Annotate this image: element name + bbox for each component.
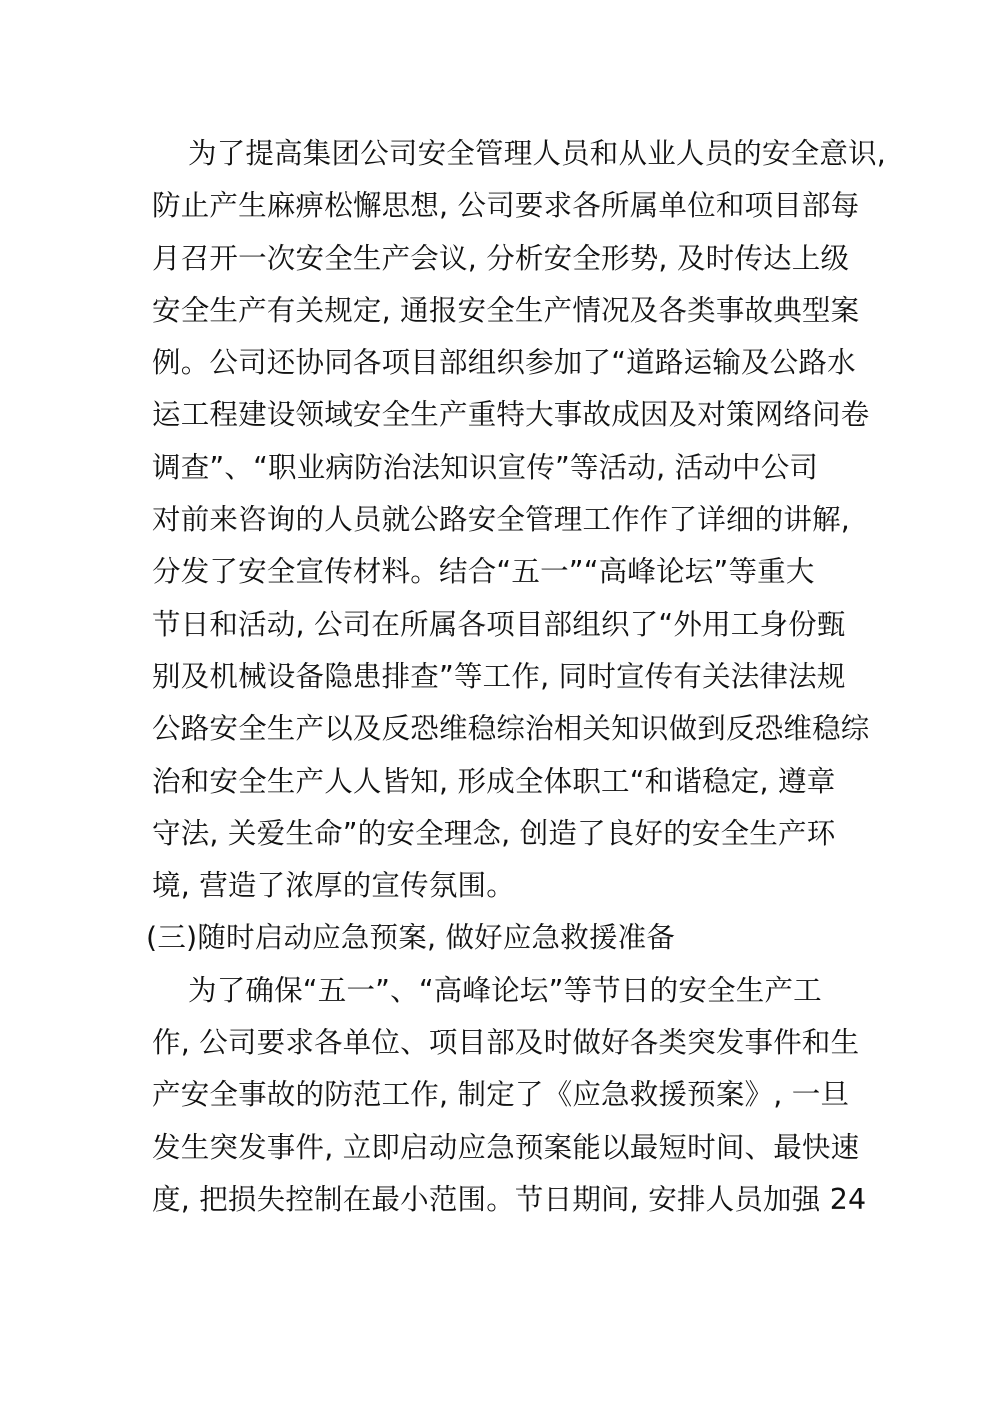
paragraph-line: 发生突发事件, 立即启动应急预案能以最短时间、最快速: [152, 1122, 852, 1174]
paragraph-line: 安全生产有关规定, 通报安全生产情况及各类事故典型案: [152, 285, 852, 337]
paragraph-1: 为了提高集团公司安全管理人员和从业人员的安全意识, 防止产生麻痹松懈思想, 公司…: [152, 128, 852, 912]
paragraph-line: 为了确保“五一”、“高峰论坛”等节日的安全生产工: [152, 965, 852, 1017]
paragraph-line: 公路安全生产以及反恐维稳综治相关知识做到反恐维稳综: [152, 703, 852, 755]
paragraph-line: 境, 营造了浓厚的宣传氛围。: [152, 860, 852, 912]
paragraph-2: 为了确保“五一”、“高峰论坛”等节日的安全生产工 作, 公司要求各单位、项目部及…: [152, 965, 852, 1226]
paragraph-line: 月召开一次安全生产会议, 分析安全形势, 及时传达上级: [152, 233, 852, 285]
paragraph-line: 例。公司还协同各项目部组织参加了“道路运输及公路水: [152, 337, 852, 389]
paragraph-line: 产安全事故的防范工作, 制定了《应急救援预案》, 一旦: [152, 1069, 852, 1121]
paragraph-line: 守法, 关爱生命”的安全理念, 创造了良好的安全生产环: [152, 808, 852, 860]
paragraph-line: 节日和活动, 公司在所属各项目部组织了“外用工身份甄: [152, 599, 852, 651]
paragraph-line: 调查”、“职业病防治法知识宣传”等活动, 活动中公司: [152, 442, 852, 494]
paragraph-line: 治和安全生产人人皆知, 形成全体职工“和谐稳定, 遵章: [152, 756, 852, 808]
paragraph-line: 分发了安全宣传材料。结合“五一”“高峰论坛”等重大: [152, 546, 852, 598]
paragraph-line: 运工程建设领域安全生产重特大事故成因及对策网络问卷: [152, 389, 852, 441]
paragraph-line: 对前来咨询的人员就公路安全管理工作作了详细的讲解,: [152, 494, 852, 546]
paragraph-line: 别及机械设备隐患排查”等工作, 同时宣传有关法律法规: [152, 651, 852, 703]
paragraph-line: 作, 公司要求各单位、项目部及时做好各类突发事件和生: [152, 1017, 852, 1069]
paragraph-line: 度, 把损失控制在最小范围。节日期间, 安排人员加强 24: [152, 1174, 852, 1226]
paragraph-line: 为了提高集团公司安全管理人员和从业人员的安全意识,: [152, 128, 852, 180]
section-heading: (三)随时启动应急预案, 做好应急救援准备: [146, 912, 852, 964]
paragraph-line: 防止产生麻痹松懈思想, 公司要求各所属单位和项目部每: [152, 180, 852, 232]
document-page: 为了提高集团公司安全管理人员和从业人员的安全意识, 防止产生麻痹松懈思想, 公司…: [152, 128, 852, 1226]
